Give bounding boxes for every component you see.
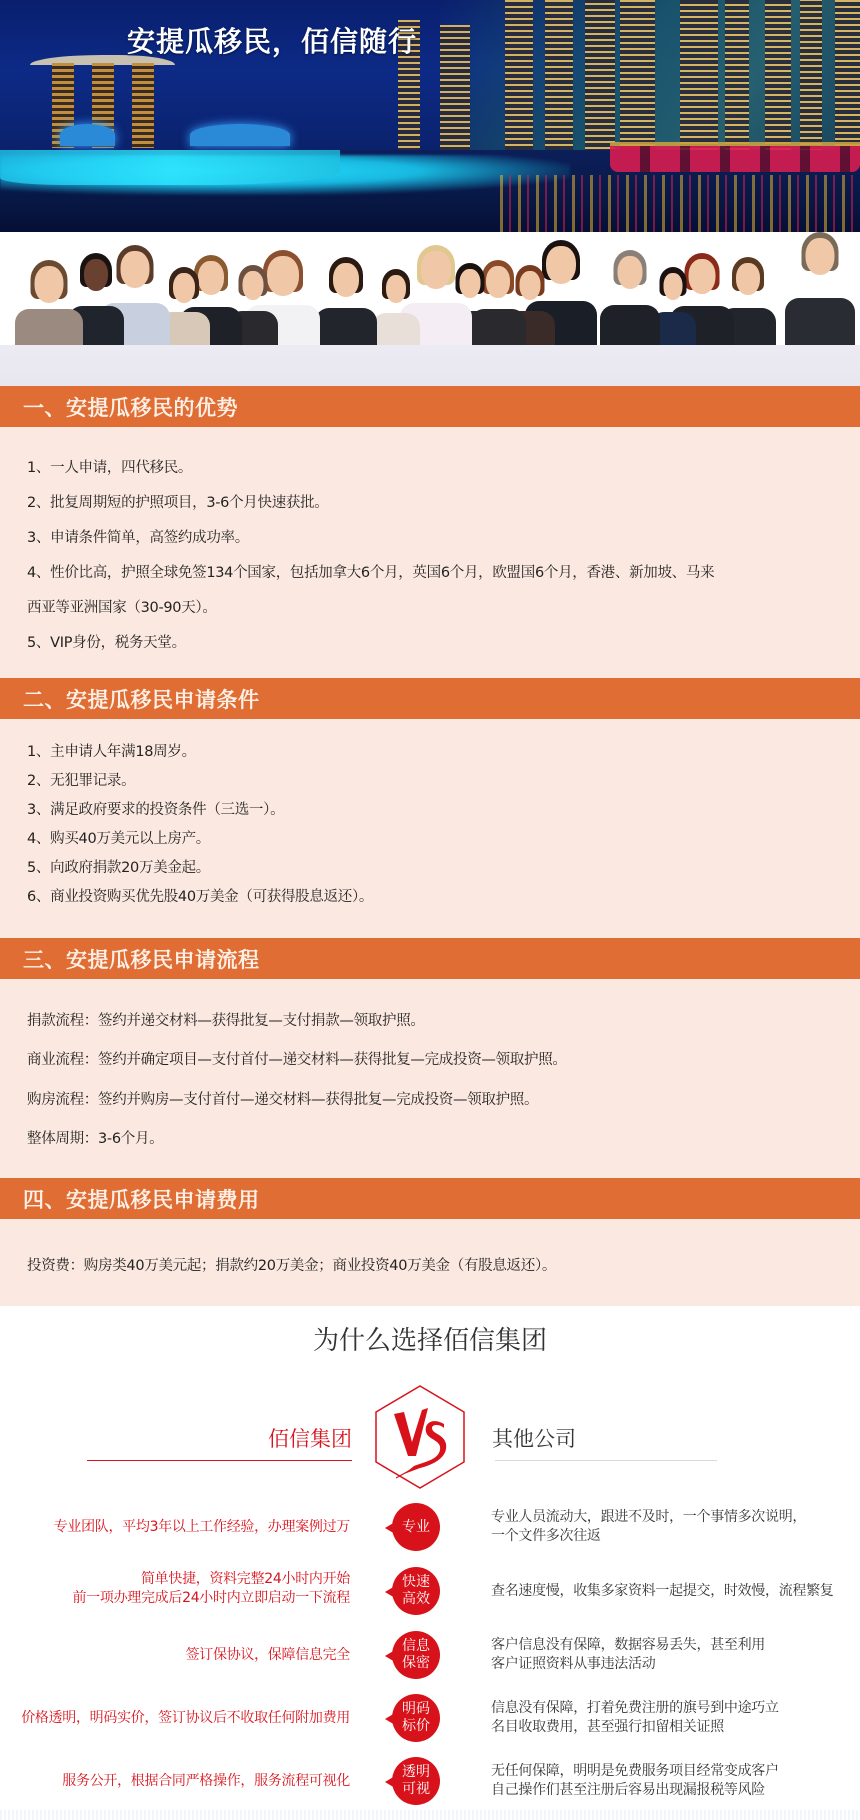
list-item: 捐款流程：签约并递交材料—获得批复—支付捐款—领取护照。	[27, 1009, 425, 1030]
section-title: 一、安提瓜移民的优势	[23, 392, 238, 422]
comparison-left-line: 专业团队，平均3年以上工作经验，办理案例过万	[54, 1518, 350, 1537]
list-item: 3、满足政府要求的投资条件（三选一）。	[27, 798, 284, 819]
section-title: 二、安提瓜移民申请条件	[23, 684, 260, 714]
comparison-left-line: 前一项办理完成后24小时内立即启动一下流程	[72, 1589, 350, 1608]
comparison-left-text: 服务公开，根据合同严格操作，服务流程可视化	[62, 1772, 350, 1791]
person-figure	[372, 269, 420, 345]
comparison-left-text: 签订保协议，保障信息完全	[186, 1646, 350, 1665]
hero-light-field-2	[0, 150, 340, 185]
comparison-right-line: 无任何保障，明明是免费服务项目经常变成客户	[491, 1762, 779, 1781]
comparison-left-text: 专业团队，平均3年以上工作经验，办理案例过万	[54, 1518, 350, 1537]
list-item: 2、批复周期短的护照项目，3-6个月快速获批。	[27, 491, 329, 512]
section-header-advantages: 一、安提瓜移民的优势	[0, 386, 860, 427]
person-figure	[15, 260, 83, 345]
badge-label: 明码标价	[401, 1701, 431, 1735]
comparison-badge: 快速高效	[392, 1567, 440, 1615]
person-figure	[315, 257, 377, 345]
comparison-right-line: 专业人员流动大，跟进不及时，一个事情多次说明，	[491, 1508, 806, 1527]
hero-building	[725, 0, 749, 150]
comparison-left-text: 价格透明，明码实价，签订协议后不收取任何附加费用	[21, 1709, 350, 1728]
badge-label: 信息保密	[401, 1638, 431, 1672]
person-figure	[600, 250, 660, 345]
comparison-right-line: 名目收取费用，甚至强行扣留相关证照	[491, 1718, 779, 1737]
bottom-strip	[0, 1810, 860, 1820]
hero-building	[800, 0, 822, 150]
vs-left-label: 佰信集团	[200, 1423, 352, 1453]
section-header-process: 三、安提瓜移民申请流程	[0, 938, 860, 979]
comparison-right-line: 一个文件多次往返	[491, 1527, 806, 1546]
comparison-right-text: 查名速度慢，收集多家资料一起提交，时效慢，流程繁复	[491, 1582, 834, 1601]
badge-label: 透明可视	[401, 1764, 431, 1798]
section-title: 三、安提瓜移民申请流程	[23, 944, 260, 974]
comparison-right-line: 查名速度慢，收集多家资料一起提交，时效慢，流程繁复	[491, 1582, 834, 1601]
hero-title: 安提瓜移民，佰信随行	[127, 20, 417, 60]
hero-reflection	[500, 175, 860, 232]
list-item: 4、性价比高，护照全球免签134个国家，包括加拿大6个月，英国6个月，欧盟国6个…	[27, 561, 714, 582]
badge-label: 专业	[401, 1519, 431, 1536]
list-item: 4、购买40万美元以上房产。	[27, 827, 210, 848]
hero-building	[620, 0, 655, 150]
comparison-right-text: 信息没有保障，打着免费注册的旗号到中途巧立 名目收取费用，甚至强行扣留相关证照	[491, 1699, 779, 1737]
hero-building	[835, 0, 860, 150]
list-item: 整体周期：3-6个月。	[27, 1127, 163, 1148]
comparison-badge: 明码标价	[392, 1694, 440, 1742]
comparison-right-line: 客户信息没有保障，数据容易丢失，甚至利用	[491, 1636, 765, 1655]
vs-icon	[374, 1384, 466, 1490]
list-item: 商业流程：签约并确定项目—支付首付—递交材料—获得批复—完成投资—领取护照。	[27, 1048, 567, 1069]
hero-building	[680, 0, 718, 150]
comparison-left-text: 简单快捷，资料完整24小时内开始 前一项办理完成后24小时内立即启动一下流程	[72, 1570, 350, 1608]
comparison-badge: 信息保密	[392, 1631, 440, 1679]
hero-building	[765, 0, 791, 150]
list-item: 1、一人申请，四代移民。	[27, 456, 192, 477]
hero-building	[585, 0, 615, 150]
why-title: 为什么选择佰信集团	[0, 1320, 860, 1357]
person-figure	[785, 232, 855, 345]
comparison-right-text: 客户信息没有保障，数据容易丢失，甚至利用 客户证照资料从事违法活动	[491, 1636, 765, 1674]
comparison-right-text: 专业人员流动大，跟进不及时，一个事情多次说明， 一个文件多次往返	[491, 1508, 806, 1546]
hero-dome	[60, 124, 115, 146]
hero-building	[505, 0, 533, 150]
comparison-right-line: 客户证照资料从事违法活动	[491, 1655, 765, 1674]
info-sections: 一、安提瓜移民的优势 1、一人申请，四代移民。 2、批复周期短的护照项目，3-6…	[0, 386, 860, 1306]
vs-right-label: 其他公司	[492, 1423, 576, 1453]
list-item: 1、主申请人年满18周岁。	[27, 740, 196, 761]
section-header-requirements: 二、安提瓜移民申请条件	[0, 678, 860, 719]
list-item: 5、向政府捐款20万美金起。	[27, 856, 210, 877]
hero-building	[440, 25, 470, 150]
comparison-right-line: 信息没有保障，打着免费注册的旗号到中途巧立	[491, 1699, 779, 1718]
hero-bridge	[610, 142, 860, 172]
vs-right-divider	[495, 1460, 717, 1461]
list-item: 西亚等亚洲国家（30-90天）。	[27, 596, 217, 617]
comparison-left-line: 简单快捷，资料完整24小时内开始	[72, 1570, 350, 1589]
hero-banner: 安提瓜移民，佰信随行	[0, 0, 860, 232]
list-item: 3、申请条件简单，高签约成功率。	[27, 526, 249, 547]
comparison-left-line: 签订保协议，保障信息完全	[186, 1646, 350, 1665]
comparison-badge: 透明可视	[392, 1757, 440, 1805]
comparison-left-line: 价格透明，明码实价，签订协议后不收取任何附加费用	[21, 1709, 350, 1728]
comparison-badge: 专业	[392, 1503, 440, 1551]
badge-label: 快速高效	[401, 1574, 431, 1608]
section-header-fees: 四、安提瓜移民申请费用	[0, 1178, 860, 1219]
list-item: 5、VIP身份，税务天堂。	[27, 631, 186, 652]
comparison-right-line: 自己操作们甚至注册后容易出现漏报税等风险	[491, 1781, 779, 1800]
list-item: 购房流程：签约并购房—支付首付—递交材料—获得批复—完成投资—领取护照。	[27, 1088, 538, 1109]
list-item: 投资费：购房类40万美元起；捐款约20万美金；商业投资40万美金（有股息返还）。	[27, 1254, 556, 1275]
list-item: 2、无犯罪记录。	[27, 769, 135, 790]
hero-dome	[190, 124, 290, 146]
vs-left-divider	[87, 1460, 352, 1461]
people-board	[0, 345, 860, 386]
comparison-left-line: 服务公开，根据合同严格操作，服务流程可视化	[62, 1772, 350, 1791]
hero-building	[545, 0, 573, 150]
comparison-right-text: 无任何保障，明明是免费服务项目经常变成客户 自己操作们甚至注册后容易出现漏报税等…	[491, 1762, 779, 1800]
people-banner	[0, 232, 860, 386]
section-title: 四、安提瓜移民申请费用	[23, 1184, 260, 1214]
list-item: 6、商业投资购买优先股40万美金（可获得股息返还）。	[27, 885, 373, 906]
